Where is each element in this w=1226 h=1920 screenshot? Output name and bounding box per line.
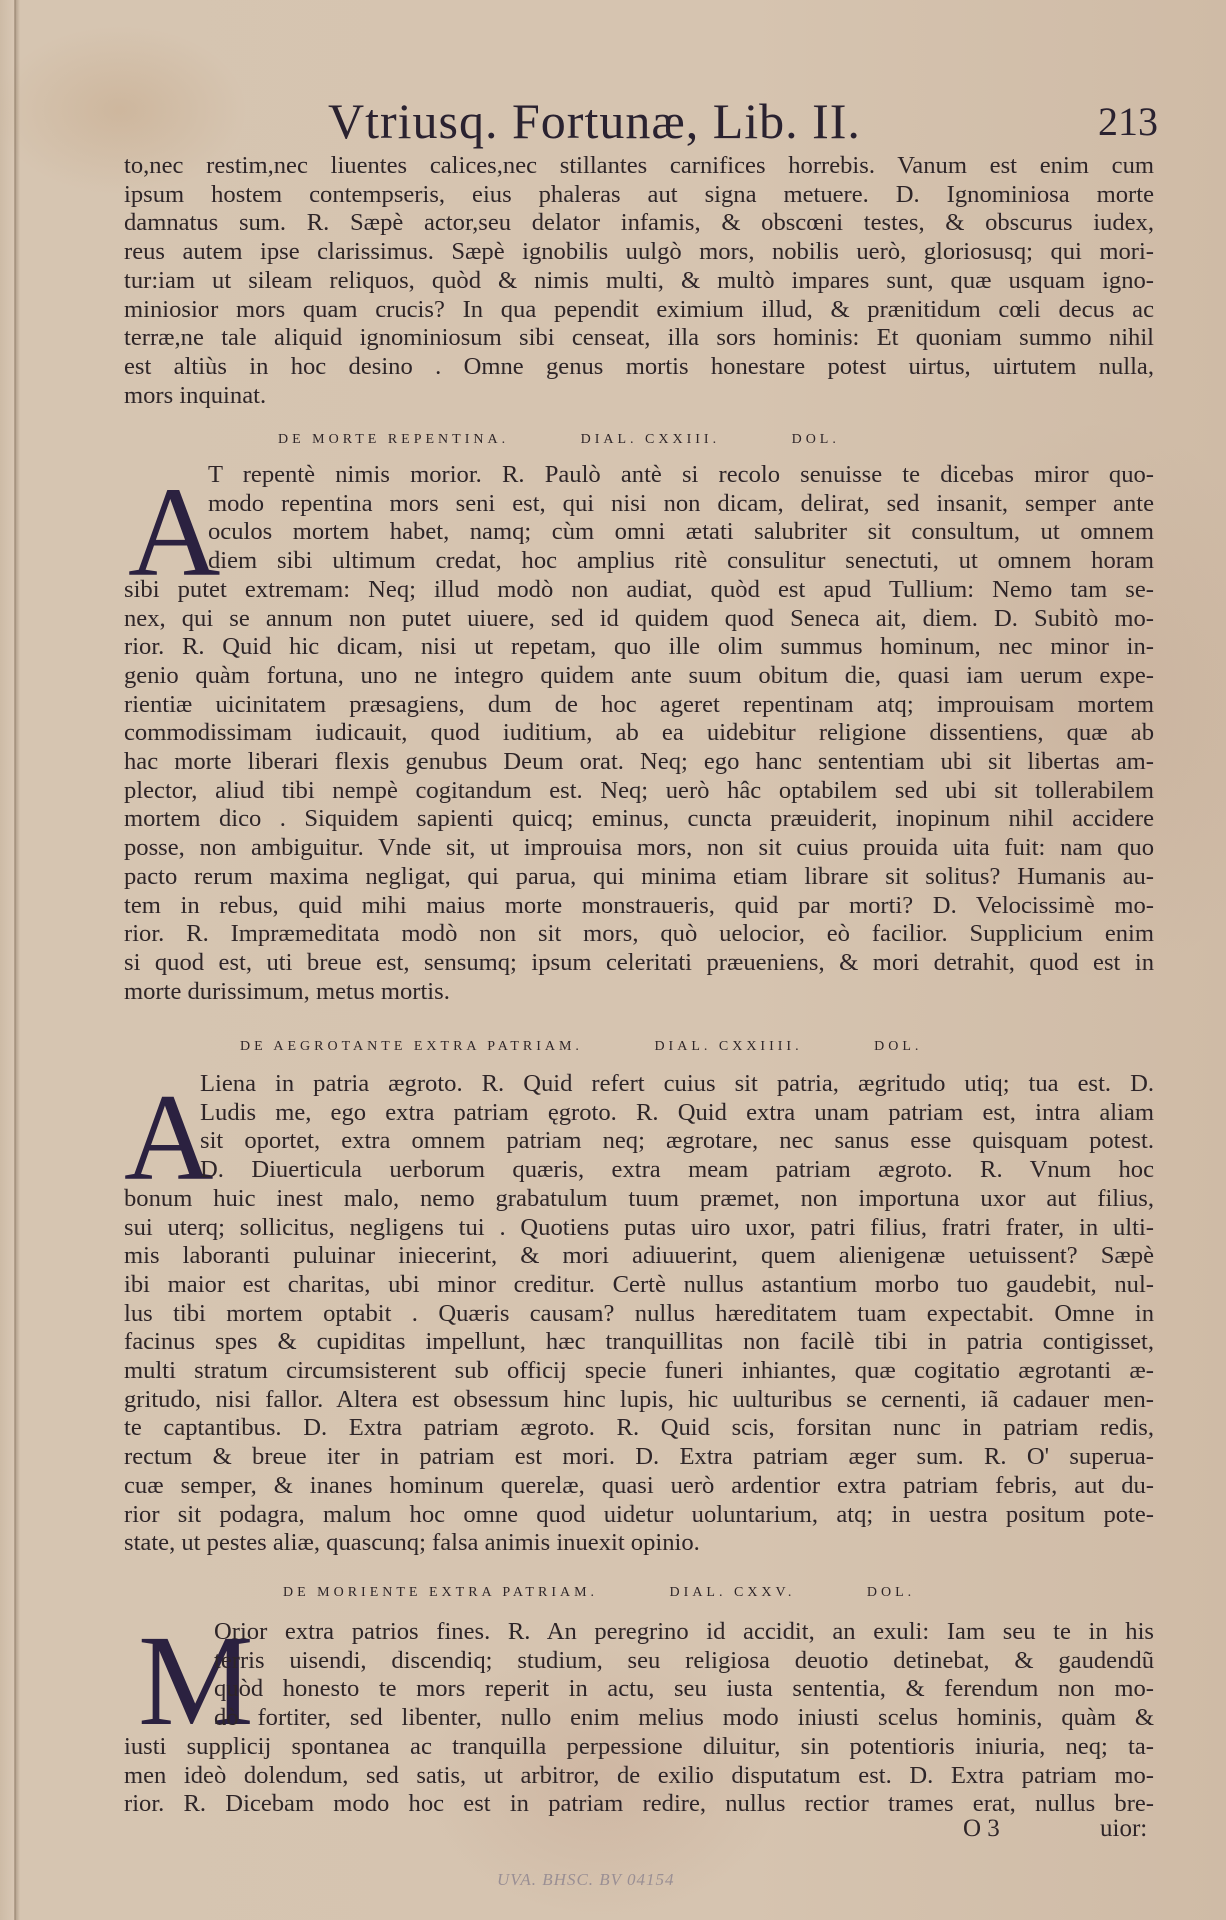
text-line: diem sibi ultimum credat, hoc amplius ri… — [124, 547, 1154, 576]
running-head: Vtriusq. Fortunæ, Lib. II. 213 — [0, 92, 1226, 152]
section-body: Liena in patria ægroto. R. Quid refert c… — [124, 1070, 1154, 1558]
text-line: ipsum hostem contempseris, eius phaleras… — [124, 181, 1154, 210]
book-page: Vtriusq. Fortunæ, Lib. II. 213 to,nec re… — [0, 0, 1226, 1920]
text-line: si quod est, uti breue est, sensumq; ips… — [124, 949, 1154, 978]
text-line: rientiæ uicinitatem præsagiens, dum de h… — [124, 691, 1154, 720]
section-tag: DOL. — [867, 1585, 915, 1600]
dialogue-number: DIAL. CXXV. — [670, 1585, 796, 1600]
text-line: lus tibi mortem optabit . Quæris causam?… — [124, 1300, 1154, 1329]
text-line: men ideò dolendum, sed satis, ut arbitro… — [124, 1762, 1154, 1791]
page-number: 213 — [1098, 98, 1158, 145]
text-line: est altiùs in hoc desino . Omne genus mo… — [124, 353, 1154, 382]
text-line: morte durissimum, metus mortis. — [124, 978, 1154, 1007]
section-title: DE MORIENTE EXTRA PATRIAM. — [283, 1585, 598, 1600]
text-line: Orior extra patrios fines. R. An peregri… — [124, 1618, 1154, 1647]
text-line: posse, non ambiguitur. Vnde sit, ut impr… — [124, 834, 1154, 863]
section-heading: DE MORIENTE EXTRA PATRIAM. DIAL. CXXV. D… — [283, 1585, 979, 1601]
catchword: uior: — [1100, 1815, 1147, 1843]
text-line: dò fortiter, sed libenter, nullo enim me… — [124, 1704, 1154, 1733]
section-title: DE AEGROTANTE EXTRA PATRIAM. — [240, 1039, 583, 1054]
text-line: bonum huic inest malo, nemo grabatulum t… — [124, 1185, 1154, 1214]
text-line: sit oportet, extra omnem patriam neq; æg… — [124, 1127, 1154, 1156]
text-line: tur:iam ut sileam reliquos, quòd & nimis… — [124, 267, 1154, 296]
running-title: Vtriusq. Fortunæ, Lib. II. — [328, 92, 861, 150]
text-line: plector, aliud tibi nempè cogitandum est… — [124, 777, 1154, 806]
text-line: rior sit podagra, malum hoc omne quod ui… — [124, 1501, 1154, 1530]
text-line: cuæ semper, & inanes hominum querelæ, qu… — [124, 1472, 1154, 1501]
section-tag: DOL. — [792, 432, 840, 447]
text-line: reus autem ipse clarissimus. Sæpè ignobi… — [124, 238, 1154, 267]
text-line: quòd honesto te mors reperit in actu, se… — [124, 1675, 1154, 1704]
text-line: sui uterq; sollicitus, negligens tui . Q… — [124, 1214, 1154, 1243]
section-title: DE MORTE REPENTINA. — [278, 432, 509, 447]
text-line: terris uisendi, discendiq; studium, seu … — [124, 1647, 1154, 1676]
section-body: T repentè nimis morior. R. Paulò antè si… — [124, 461, 1154, 1006]
text-line: te captantibus. D. Extra patriam ægroto.… — [124, 1414, 1154, 1443]
section-heading: DE MORTE REPENTINA. DIAL. CXXIII. DOL. — [278, 432, 904, 448]
text-line: genio quàm fortuna, uno ne integro quide… — [124, 662, 1154, 691]
text-line: iusti supplicij spontanea ac tranquilla … — [124, 1733, 1154, 1762]
text-line: pacto rerum maxima negligat, qui parua, … — [124, 863, 1154, 892]
text-line: to,nec restim,nec liuentes calices,nec s… — [124, 152, 1154, 181]
signature-mark: O 3 — [963, 1815, 1000, 1843]
library-stamp: UVA. BHSC. BV 04154 — [497, 1870, 675, 1890]
text-line: state, ut pestes aliæ, quascunq; falsa a… — [124, 1529, 1154, 1558]
dialogue-number: DIAL. CXXIII. — [581, 432, 720, 447]
text-line: miniosior mors quam crucis? In qua pepen… — [124, 296, 1154, 325]
text-line: terræ,ne tale aliquid ignominiosum sibi … — [124, 324, 1154, 353]
text-line: ibi maior est charitas, ubi minor credit… — [124, 1271, 1154, 1300]
text-line: T repentè nimis morior. R. Paulò antè si… — [124, 461, 1154, 490]
continuation-paragraph: to,nec restim,nec liuentes calices,nec s… — [124, 152, 1154, 410]
text-line: rectum & breue iter in patriam est mori.… — [124, 1443, 1154, 1472]
text-line: D. Diuerticula uerborum quæris, extra me… — [124, 1156, 1154, 1185]
text-line: mortem dico . Siquidem sapienti quicq; e… — [124, 805, 1154, 834]
text-line: rior. R. Quid hic dicam, nisi ut repetam… — [124, 633, 1154, 662]
text-line: facinus spes & cupiditas impellunt, hæc … — [124, 1328, 1154, 1357]
text-line: oculos mortem habet, namq; cùm omni ætat… — [124, 518, 1154, 547]
text-line: mors inquinat. — [124, 382, 1154, 411]
text-line: Liena in patria ægroto. R. Quid refert c… — [124, 1070, 1154, 1099]
text-line: hac morte liberari flexis genubus Deum o… — [124, 748, 1154, 777]
text-line: multi stratum circumsisterent sub offici… — [124, 1357, 1154, 1386]
text-line: Ludis me, ego extra patriam ęgroto. R. Q… — [124, 1099, 1154, 1128]
section-body: Orior extra patrios fines. R. An peregri… — [124, 1618, 1154, 1819]
text-line: commodissimam iudicauit, quod iuditium, … — [124, 719, 1154, 748]
text-line: modo repentina mors seni est, qui nisi n… — [124, 490, 1154, 519]
text-line: gritudo, nisi fallor. Altera est obsessu… — [124, 1386, 1154, 1415]
text-line: damnatus sum. R. Sæpè actor,seu delator … — [124, 209, 1154, 238]
text-line: tem in rebus, quid mihi maius morte mons… — [124, 892, 1154, 921]
text-line: sibi putet extremam: Neq; illud modò non… — [124, 576, 1154, 605]
dialogue-number: DIAL. CXXIIII. — [654, 1039, 802, 1054]
text-line: mis laboranti puluinar iniecerint, & mor… — [124, 1242, 1154, 1271]
text-line: rior. R. Impræmeditata modò non sit mors… — [124, 920, 1154, 949]
section-tag: DOL. — [874, 1039, 922, 1054]
page-edge-shadow — [14, 0, 16, 1920]
section-heading: DE AEGROTANTE EXTRA PATRIAM. DIAL. CXXII… — [240, 1039, 986, 1055]
text-line: nex, qui se annum non putet uiuere, sed … — [124, 605, 1154, 634]
